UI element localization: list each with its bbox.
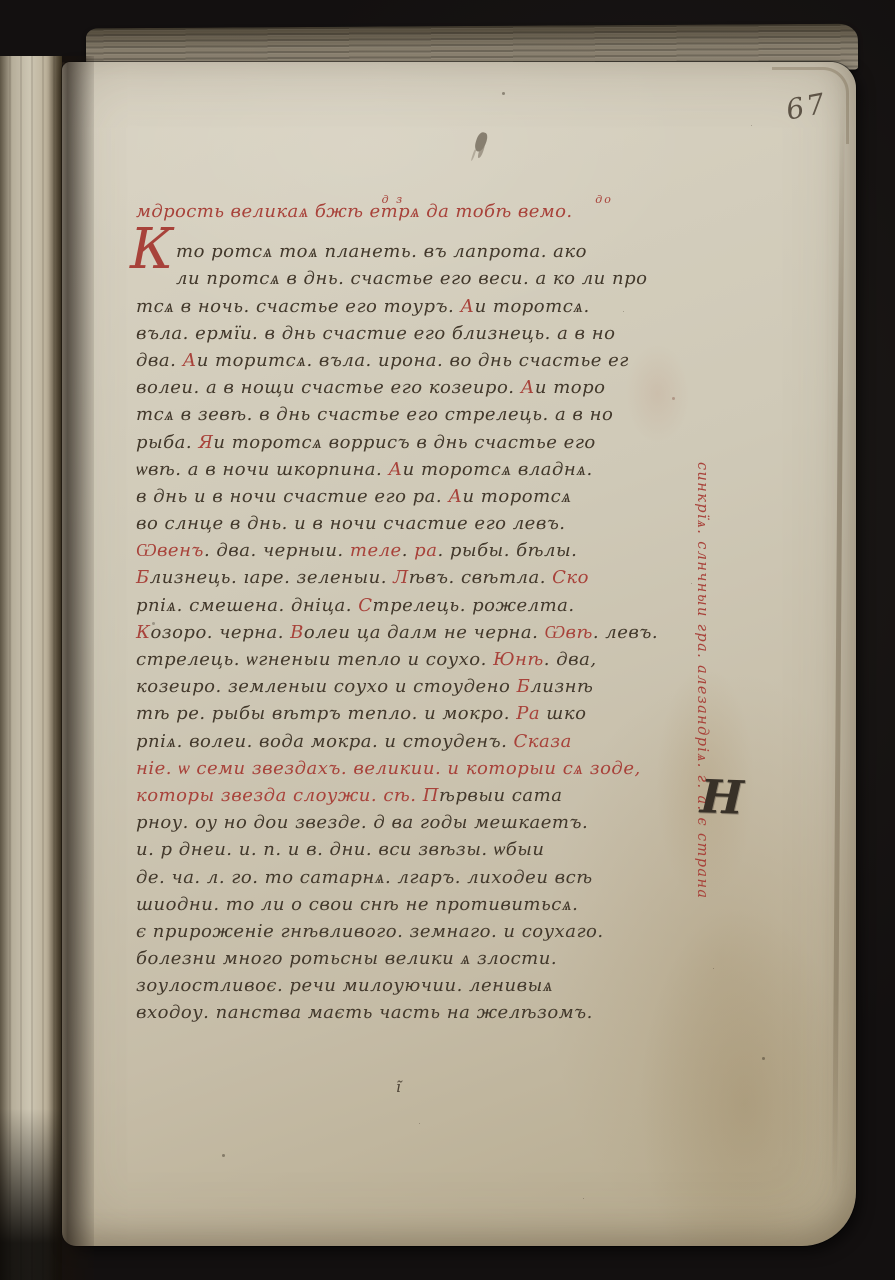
margin-gloss-vertical: синкрїѧ. слнчныи гра. алезандріѧ. г. а. … (692, 462, 712, 1062)
black-ink-text: в днь и в ночи счастие его ра. (136, 486, 448, 507)
manuscript-line: которы звезда слоужи. сѣ. Пѣрвыи сата (136, 782, 670, 809)
red-ink-text: К (136, 622, 150, 643)
red-ink-text: Ѡвѣ (545, 622, 593, 643)
manuscript-line: Козоро. черна. Волеи ца далм не черна. Ѡ… (136, 619, 670, 646)
manuscript-line: въла. ермїи. в днь счастие его близнець.… (136, 320, 670, 347)
red-ink-text: Б (136, 567, 150, 588)
foxing-specks (62, 62, 65, 65)
manuscript-line: два. Аи торитсѧ. въла. ирона. во днь сча… (136, 347, 670, 374)
manuscript-line: рпіѧ. смешена. дніца. Стрелець. рожелта. (136, 592, 670, 619)
ink-smudge-stain (473, 131, 489, 153)
black-ink-text: болезни много ротьсны велики ѧ злости. (136, 948, 557, 969)
red-ink-text: ра (414, 540, 437, 561)
red-ink-text: Сказа (514, 731, 572, 752)
manuscript-line: є прироженіе гнѣвливого. земнаго. и соух… (136, 918, 670, 945)
black-ink-text: и. р днеи. и. п. и в. дни. вси звѣзы. ѡб… (136, 839, 545, 860)
black-ink-text: два. (136, 350, 183, 371)
manuscript-line: то ротсѧ тоѧ планеть. въ лапрота. ако (136, 238, 670, 265)
drop-cap-initial: К (130, 225, 174, 275)
facing-page-edge (0, 56, 62, 1280)
black-ink-text: и торотсѧ (462, 486, 571, 507)
red-ink-text: ніе. ѡ семи звездахъ. великии. и которыи… (136, 758, 641, 779)
red-ink-text: В (290, 622, 304, 643)
black-ink-text: де. ча. л. го. то сатарнѧ. лгаръ. лиходе… (136, 867, 593, 888)
manuscript-page: 67 д з до мдрость великаѧ бжѣ етрѧ да то… (62, 62, 856, 1246)
red-ink-text: А (460, 296, 474, 317)
black-ink-text: шиодни. то ли о свои снѣ не противитьсѧ. (136, 894, 578, 915)
manuscript-line: де. ча. л. го. то сатарнѧ. лгаръ. лиходе… (136, 864, 670, 891)
red-ink-text: которы звезда слоужи. сѣ. (136, 785, 423, 806)
red-ink-text: теле (350, 540, 402, 561)
black-ink-text: . (402, 540, 414, 561)
black-ink-text: рыба. (136, 432, 198, 453)
black-ink-text: ѣрвыи сата (439, 785, 562, 806)
manuscript-line: тсѧ в зевѣ. в днь счастье его стрелець. … (136, 401, 670, 428)
rubric-heading-text: мдрость великаѧ бжѣ етрѧ да тобѣ вемо. (136, 201, 572, 222)
black-ink-text: стрелець. ѡгненыи тепло и соухо. (136, 649, 493, 670)
quire-mark: ı̃ (396, 1078, 402, 1096)
red-ink-text: Л (393, 567, 409, 588)
page-edge-crease (832, 98, 845, 1199)
black-ink-text: є прироженіе гнѣвливого. земнаго. и соух… (136, 921, 604, 942)
black-ink-text: ли протсѧ в днь. счастье его веси. а ко … (176, 268, 647, 289)
black-ink-text: рноу. оу но дои звезде. д ва годы мешкае… (136, 812, 588, 833)
manuscript-line: волеи. а в нощи счастье его козеиро. Аи … (136, 374, 670, 401)
manuscript-line: рыба. Яи торотсѧ воррисъ в днь счастье е… (136, 429, 670, 456)
black-ink-text: . два, (544, 649, 597, 670)
manuscript-text-block: д з до мдрость великаѧ бжѣ етрѧ да тобѣ … (136, 198, 670, 1027)
rubric-superscript-right: до (595, 186, 613, 213)
red-ink-text: Юнѣ (493, 649, 544, 670)
red-ink-text: Б (517, 676, 531, 697)
black-ink-text: зоулостливоє. речи милоуючии. ленивыѧ (136, 975, 553, 996)
black-ink-text: то ротсѧ тоѧ планеть. въ лапрота. ако (176, 241, 587, 262)
black-ink-text: и торо (535, 377, 606, 398)
red-ink-text: Я (198, 432, 213, 453)
red-ink-text: Ра (516, 703, 540, 724)
manuscript-line: тсѧ в ночь. счастье его тоуръ. Аи торотс… (136, 293, 670, 320)
black-ink-text: во слнце в днь. и в ночи счастие его лев… (136, 513, 566, 534)
red-ink-text: Ѡвенъ (136, 540, 204, 561)
manuscript-line: ли протсѧ в днь. счастье его веси. а ко … (136, 265, 670, 292)
black-ink-text: . два. черныи. (204, 540, 350, 561)
manuscript-line: рпіѧ. волеи. вода мокра. и стоуденъ. Ска… (136, 728, 670, 755)
black-ink-text: . рыбы. бѣлы. (437, 540, 577, 561)
manuscript-line: козеиро. земленыи соухо и стоудено Близн… (136, 673, 670, 700)
black-ink-text: волеи. а в нощи счастье его козеиро. (136, 377, 521, 398)
black-ink-text: тѣ ре. рыбы вѣтръ тепло. и мокро. (136, 703, 516, 724)
rubric-superscript-left: д з (382, 186, 404, 213)
red-ink-text: А (183, 350, 197, 371)
manuscript-line: Ѡвенъ. два. черныи. теле. ра. рыбы. бѣлы… (136, 537, 670, 564)
black-ink-text: . левъ. (593, 622, 658, 643)
manuscript-lines: то ротсѧ тоѧ планеть. въ лапрота. аколи … (136, 238, 670, 1026)
manuscript-line: зоулостливоє. речи милоуючии. ленивыѧ (136, 972, 670, 999)
black-ink-text: рпіѧ. волеи. вода мокра. и стоуденъ. (136, 731, 514, 752)
manuscript-line: шиодни. то ли о свои снѣ не противитьсѧ. (136, 891, 670, 918)
manuscript-line: Близнець. ıаре. зеленыи. Лѣвъ. свѣтла. С… (136, 564, 670, 591)
red-ink-text: С (358, 595, 372, 616)
red-ink-text: П (423, 785, 439, 806)
black-ink-text: ѡвѣ. а в ночи шкорпина. (136, 459, 389, 480)
manuscript-line: рноу. оу но дои звезде. д ва годы мешкае… (136, 809, 670, 836)
rubric-heading: д з до мдрость великаѧ бжѣ етрѧ да тобѣ … (136, 198, 670, 225)
black-ink-text: олеи ца далм не черна. (304, 622, 545, 643)
black-ink-text: и торотсѧ владнѧ. (403, 459, 593, 480)
black-ink-text: ѣвъ. свѣтла. (409, 567, 552, 588)
black-ink-text: и торотсѧ воррисъ в днь счастье его (213, 432, 595, 453)
manuscript-line: в днь и в ночи счастие его ра. Аи торотс… (136, 483, 670, 510)
margin-monogram: Н (699, 773, 744, 820)
black-ink-text: лизнець. ıаре. зеленыи. (150, 567, 393, 588)
manuscript-line: ѡвѣ. а в ночи шкорпина. Аи торотсѧ владн… (136, 456, 670, 483)
manuscript-line: и. р днеи. и. п. и в. дни. вси звѣзы. ѡб… (136, 836, 670, 863)
manuscript-line: во слнце в днь. и в ночи счастие его лев… (136, 510, 670, 537)
black-ink-text: и торотсѧ. (475, 296, 590, 317)
manuscript-line: тѣ ре. рыбы вѣтръ тепло. и мокро. Ра шко (136, 700, 670, 727)
black-ink-text: тсѧ в ночь. счастье его тоуръ. (136, 296, 460, 317)
black-ink-text: въла. ермїи. в днь счастие его близнець.… (136, 323, 615, 344)
manuscript-line: ніе. ѡ семи звездахъ. великии. и которыи… (136, 755, 670, 782)
black-ink-text: и торитсѧ. въла. ирона. во днь счастье е… (197, 350, 629, 371)
black-ink-text: тсѧ в зевѣ. в днь счастье его стрелець. … (136, 404, 613, 425)
manuscript-line: входоу. панства маєть часть на желѣзомъ. (136, 999, 670, 1026)
black-ink-text: трелець. рожелта. (373, 595, 575, 616)
manuscript-photo: 67 д з до мдрость великаѧ бжѣ етрѧ да то… (0, 0, 895, 1280)
black-ink-text: лизнѣ (530, 676, 593, 697)
red-ink-text: А (448, 486, 462, 507)
black-ink-text: шко (540, 703, 586, 724)
red-ink-text: А (389, 459, 403, 480)
black-ink-text: рпіѧ. смешена. дніца. (136, 595, 358, 616)
black-ink-text: озоро. черна. (150, 622, 290, 643)
manuscript-line: стрелець. ѡгненыи тепло и соухо. Юнѣ. дв… (136, 646, 670, 673)
manuscript-line: болезни много ротьсны велики ѧ злости. (136, 945, 670, 972)
red-ink-text: А (521, 377, 535, 398)
black-ink-text: козеиро. земленыи соухо и стоудено (136, 676, 517, 697)
red-ink-text: Ско (552, 567, 589, 588)
black-ink-text: входоу. панства маєть часть на желѣзомъ. (136, 1002, 593, 1023)
